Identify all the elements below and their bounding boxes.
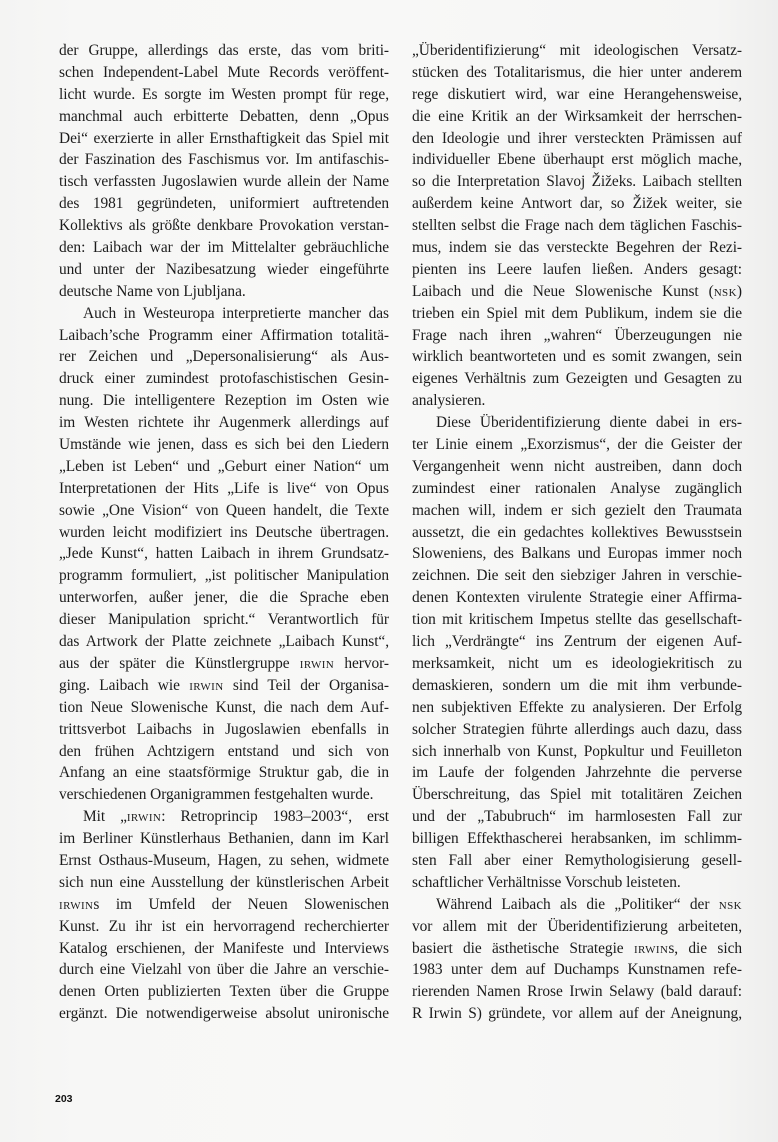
text-line: das Artwork der Platte zeichnete „Laibac… — [59, 631, 389, 653]
text-line: außerdem keine Antwort dar, so Žižek wei… — [412, 193, 742, 215]
text-line: die eine Kritik an der Wirksamkeit der h… — [412, 106, 742, 128]
text-line: so die Interpretation Slavoj Žižeks. Lai… — [412, 171, 742, 193]
text-line: ter Linie einem „Exorzismus“, der die Ge… — [412, 434, 742, 456]
text-line: verschiedenen Organigrammen festgehalten… — [59, 784, 389, 806]
text-line: stücken des Totalitarismus, die hier unt… — [412, 62, 742, 84]
text-line: ergänzt. Die notwendigerweise absolut un… — [59, 1003, 389, 1025]
book-page: der Gruppe, allerdings das erste, das vo… — [0, 0, 778, 1142]
text-line: denen Orten publizierten Texten über die… — [59, 981, 389, 1003]
text-line: der Gruppe, allerdings das erste, das vo… — [59, 40, 389, 62]
text-line: wurden leicht modifiziert ins Deutsche ü… — [59, 522, 389, 544]
left-text-column: der Gruppe, allerdings das erste, das vo… — [59, 40, 389, 1025]
text-line: rege diskutiert wird, war eine Herangehe… — [412, 84, 742, 106]
text-line: vor allem mit der Überidentifizierung ar… — [412, 916, 742, 938]
acronym: irwin — [634, 940, 668, 957]
text-line: den Ideologie und ihrer versteckten Präm… — [412, 128, 742, 150]
text-line: nen subjektiven Effekte zu analysieren. … — [412, 697, 742, 719]
text-line: analysieren. — [412, 390, 742, 412]
right-text-column: „Überidentifizierung“ mit ideologischen … — [412, 40, 742, 1025]
text-line: sten Fall aber einer Remythologisierung … — [412, 850, 742, 872]
text-line: zumindest einer rationalen Analyse zugän… — [412, 478, 742, 500]
text-line: solcher Strategien führte allerdings auc… — [412, 719, 742, 741]
text-line: programm formuliert, „ist politischer Ma… — [59, 565, 389, 587]
text-line: mus, indem sie das versteckte Begehren d… — [412, 237, 742, 259]
text-line: Während Laibach als die „Politiker“ der … — [412, 894, 742, 916]
text-line: Interpretationen der Hits „Life is live“… — [59, 478, 389, 500]
text-line: dieser Manipulation spricht.“ Verantwort… — [59, 609, 389, 631]
text-line: und der „Tabubruch“ im harmlosesten Fall… — [412, 806, 742, 828]
text-line: Sloweniens, des Balkans und Europas imme… — [412, 543, 742, 565]
acronym: irwin — [189, 677, 223, 694]
text-line: manchmal auch erbitterte Debatten, denn … — [59, 106, 389, 128]
text-line: rierenden Namen Rrose Irwin Selawy (bald… — [412, 981, 742, 1003]
text-line: sich nun eine Ausstellung der künstleris… — [59, 872, 389, 894]
text-line: im Berliner Künstlerhaus Bethanien, dann… — [59, 828, 389, 850]
acronym: irwin — [59, 896, 93, 913]
text-line: Mit „irwin: Retroprincip 1983–2003“, ers… — [59, 806, 389, 828]
text-line: demaskieren, sondern um die mit ihm verb… — [412, 675, 742, 697]
text-line: Dei“ exerzierte in aller Ernsthaftigkeit… — [59, 128, 389, 150]
text-line: Laibach’sche Programm einer Affirmation … — [59, 325, 389, 347]
text-line: schaftlicher Verhältnisse Vorschub leist… — [412, 872, 742, 894]
text-line: trittsverbot Laibachs in Jugoslawien ebe… — [59, 719, 389, 741]
text-line: merksamkeit, nicht um es ideologiekritis… — [412, 653, 742, 675]
acronym: nsk — [719, 896, 742, 913]
page-number: 203 — [55, 1093, 73, 1105]
text-line: Umstände wie jenen, dass es sich bei den… — [59, 434, 389, 456]
text-line: sich innerhalb von Kunst, Popkultur und … — [412, 741, 742, 763]
text-line: Frage nach ihren „wahren“ Überzeugungen … — [412, 325, 742, 347]
text-line: den frühen Achtzigern entstand und sich … — [59, 741, 389, 763]
text-line: 1983 unter dem auf Duchamps Kunstnamen r… — [412, 959, 742, 981]
text-line: Auch in Westeuropa interpretierte manche… — [59, 303, 389, 325]
text-line: unterworfen, außer jener, die die Sprach… — [59, 587, 389, 609]
text-line: „Leben ist Leben“ und „Geburt einer Nati… — [59, 456, 389, 478]
text-line: sowie „One Vision“ von Queen handelt, di… — [59, 500, 389, 522]
text-line: Kollektivs als größte denkbare Provokati… — [59, 215, 389, 237]
text-line: schen Independent-Label Mute Records ver… — [59, 62, 389, 84]
text-line: druck einer zumindest protofaschistische… — [59, 368, 389, 390]
acronym: irwin — [300, 655, 334, 672]
text-line: zeichnen. Die seit den siebziger Jahren … — [412, 565, 742, 587]
text-line: Laibach und die Neue Slowenische Kunst (… — [412, 281, 742, 303]
acronym: irwin — [127, 808, 161, 825]
text-line: Anfang an eine staatsförmige Struktur ga… — [59, 762, 389, 784]
text-line: licht wurde. Es sorgte im Westen prompt … — [59, 84, 389, 106]
text-line: rer Zeichen und „Depersonalisierung“ als… — [59, 346, 389, 368]
text-line: wirklich beantworteten und es somit zwan… — [412, 346, 742, 368]
text-line: tion mit kritischem Impetus stellte das … — [412, 609, 742, 631]
text-line: R Irwin S) gründete, vor allem auf der A… — [412, 1003, 742, 1025]
text-line: eigenes Verhältnis zum Gezeigten und Ges… — [412, 368, 742, 390]
text-line: „Überidentifizierung“ mit ideologischen … — [412, 40, 742, 62]
text-line: Katalog erschienen, der Manifeste und In… — [59, 938, 389, 960]
text-line: individueller Ebene überhaupt erst mögli… — [412, 149, 742, 171]
text-line: tisch verfassten Jugoslawien wurde allei… — [59, 171, 389, 193]
acronym: nsk — [714, 283, 737, 300]
text-line: aus der später die Künstlergruppe irwin … — [59, 653, 389, 675]
text-line: des 1981 gegründeten, uniformiert auftre… — [59, 193, 389, 215]
text-line: der Faszination des Faschismus vor. Im a… — [59, 149, 389, 171]
text-line: basiert die ästhetische Strategie irwins… — [412, 938, 742, 960]
text-line: aussetzt, die ein gedachtes kollektives … — [412, 522, 742, 544]
text-line: pienten ins Leere laufen ließen. Anders … — [412, 259, 742, 281]
text-line: durch eine Vielzahl von über die Jahre a… — [59, 959, 389, 981]
text-line: Überschreitung, das Spiel mit totalitäre… — [412, 784, 742, 806]
text-line: lich „Verdrängte“ ins Zentrum der eigene… — [412, 631, 742, 653]
text-line: irwins im Umfeld der Neuen Slowenischen — [59, 894, 389, 916]
text-line: ging. Laibach wie irwin sind Teil der Or… — [59, 675, 389, 697]
text-line: deutsche Name von Ljubljana. — [59, 281, 389, 303]
text-line: im Westen richtete ihr Augenmerk allerdi… — [59, 412, 389, 434]
text-line: nung. Die intelligentere Rezeption im Os… — [59, 390, 389, 412]
text-line: machen will, indem er sich gezielt den T… — [412, 500, 742, 522]
text-line: Kunst. Zu ihr ist ein hervorragend reche… — [59, 916, 389, 938]
text-line: billigen Effekthascherei herabsanken, im… — [412, 828, 742, 850]
text-line: denen Kontexten virulente Strategie eine… — [412, 587, 742, 609]
text-line: tion Neue Slowenische Kunst, die nach de… — [59, 697, 389, 719]
text-line: den: Laibach war der im Mittelalter gebr… — [59, 237, 389, 259]
text-line: Ernst Osthaus-Museum, Hagen, zu sehen, w… — [59, 850, 389, 872]
text-line: und unter der Nazibesatzung wieder einge… — [59, 259, 389, 281]
text-line: „Jede Kunst“, hatten Laibach in ihrem Gr… — [59, 543, 389, 565]
text-line: trieben ein Spiel mit dem Publikum, inde… — [412, 303, 742, 325]
text-line: Vergangenheit wenn nicht austreiben, dan… — [412, 456, 742, 478]
text-line: im Laufe der folgenden Jahrzehnte die pe… — [412, 762, 742, 784]
text-line: stellten selbst die Frage nach dem tägli… — [412, 215, 742, 237]
text-line: Diese Überidentifizierung diente dabei i… — [412, 412, 742, 434]
